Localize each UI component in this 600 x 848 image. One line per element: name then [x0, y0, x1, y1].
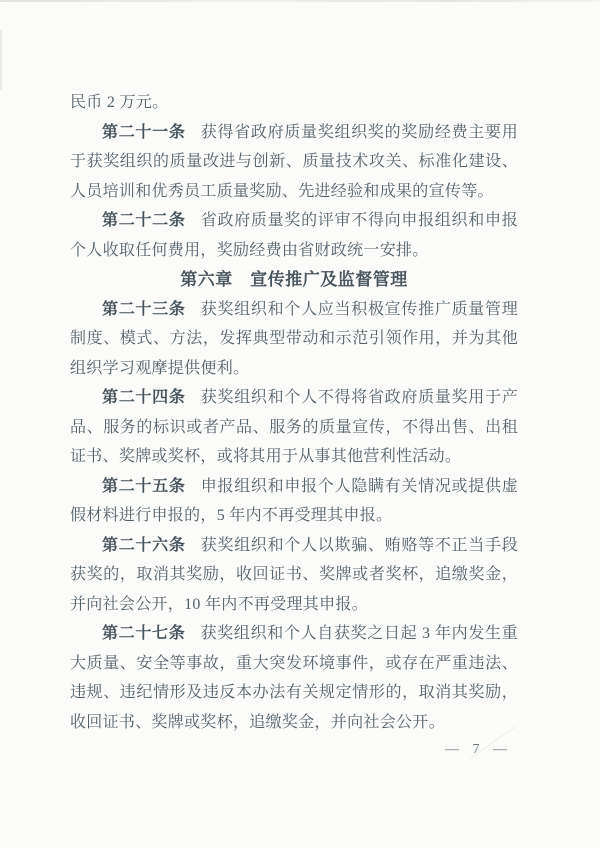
- article-22-label: 第二十二条: [102, 212, 186, 229]
- article-27-paragraph: 第二十七条获奖组织和个人自获奖之日起 3 年内发生重大质量、安全等事故，重大突发…: [70, 619, 518, 737]
- article-24-paragraph: 第二十四条获奖组织和个人不得将省政府质量奖用于产品、服务的标识或者产品、服务的质…: [70, 383, 518, 472]
- page-number: — 7 —: [70, 740, 512, 760]
- article-27-label: 第二十七条: [102, 625, 185, 642]
- scan-left-edge-artifact: [0, 30, 2, 90]
- article-23-label: 第二十三条: [102, 301, 186, 318]
- article-21-paragraph: 第二十一条获得省政府质量奖组织奖的奖励经费主要用于获奖组织的质量改进与创新、质量…: [70, 118, 518, 207]
- article-24-label: 第二十四条: [102, 389, 186, 406]
- article-21-label: 第二十一条: [102, 124, 186, 141]
- scan-top-edge-artifact: [0, 0, 600, 2]
- article-25-label: 第二十五条: [102, 478, 186, 495]
- article-26-paragraph: 第二十六条获奖组织和个人以欺骗、贿赂等不正当手段获奖的，取消其奖励，收回证书、奖…: [70, 531, 518, 620]
- article-25-paragraph: 第二十五条申报组织和申报个人隐瞒有关情况或提供虚假材料进行申报的，5 年内不再受…: [70, 472, 518, 531]
- chapter-6-heading: 第六章 宣传推广及监督管理: [70, 265, 518, 295]
- paragraph-continuation: 民币 2 万元。: [70, 88, 518, 118]
- article-23-paragraph: 第二十三条获奖组织和个人应当积极宣传推广质量管理制度、模式、方法，发挥典型带动和…: [70, 295, 518, 384]
- article-22-paragraph: 第二十二条省政府质量奖的评审不得向申报组织和申报个人收取任何费用，奖励经费由省财…: [70, 206, 518, 265]
- document-body: 民币 2 万元。 第二十一条获得省政府质量奖组织奖的奖励经费主要用于获奖组织的质…: [70, 88, 518, 737]
- article-26-label: 第二十六条: [102, 537, 186, 554]
